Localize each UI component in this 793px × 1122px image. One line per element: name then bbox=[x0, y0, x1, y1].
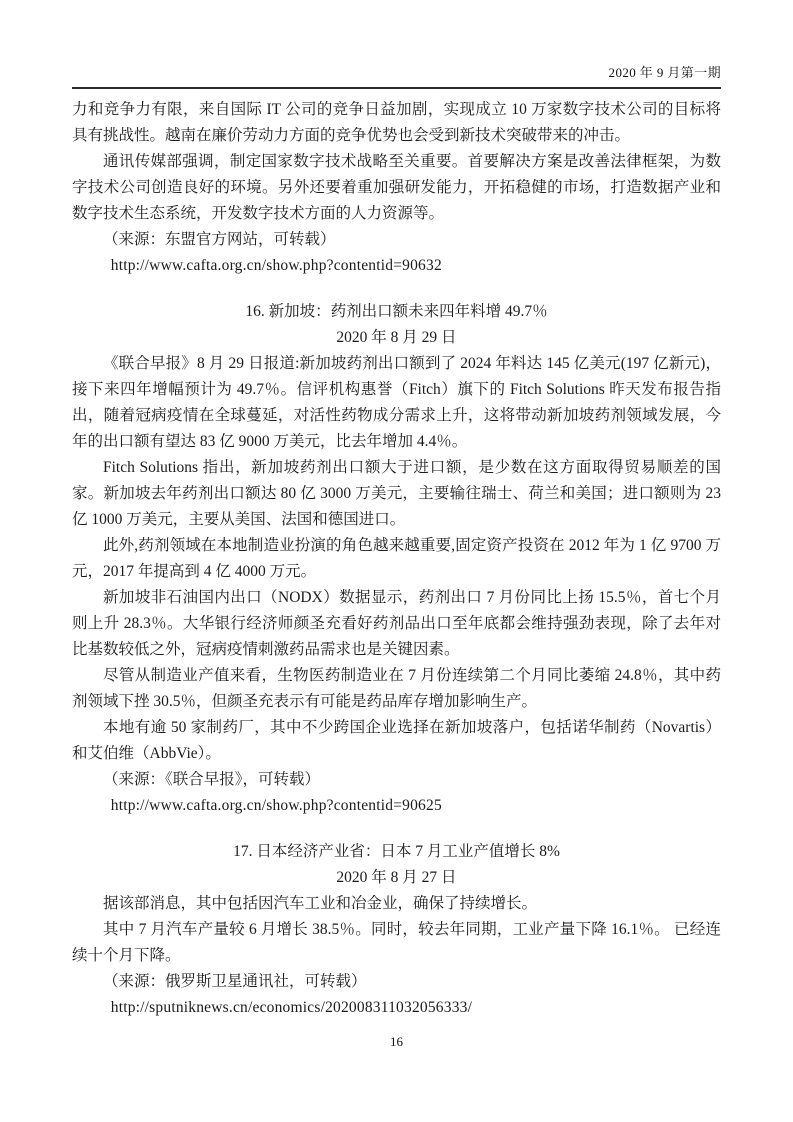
paragraph: 通讯传媒部强调，制定国家数字技术战略至关重要。首要解决方案是改善法律框架，为数字… bbox=[72, 149, 721, 227]
issue-label: 2020 年 9 月第一期 bbox=[72, 64, 721, 81]
article-url: http://www.cafta.org.cn/show.php?content… bbox=[72, 793, 721, 819]
article-url: http://www.cafta.org.cn/show.php?content… bbox=[72, 253, 721, 279]
article-16-date: 2020 年 8 月 29 日 bbox=[72, 325, 721, 351]
page-content: 2020 年 9 月第一期 力和竞争力有限，来自国际 IT 公司的竞争日益加剧，… bbox=[0, 0, 793, 1021]
paragraph: 尽管从制造业产值来看，生物医药制造业在 7 月份连续第二个月同比萎缩 24.8％… bbox=[72, 663, 721, 715]
paragraph: 力和竞争力有限，来自国际 IT 公司的竞争日益加剧，实现成立 10 万家数字技术… bbox=[72, 97, 721, 149]
paragraph: 新加坡非石油国内出口（NODX）数据显示，药剂出口 7 月份同比上扬 15.5％… bbox=[72, 585, 721, 663]
paragraph: Fitch Solutions 指出，新加坡药剂出口额大于进口额，是少数在这方面… bbox=[72, 455, 721, 533]
header-divider bbox=[72, 87, 721, 89]
document-page: 2020 年 9 月第一期 力和竞争力有限，来自国际 IT 公司的竞争日益加剧，… bbox=[0, 0, 793, 1122]
paragraph: 此外,药剂领域在本地制造业扮演的角色越来越重要,固定资产投资在 2012 年为 … bbox=[72, 533, 721, 585]
article-16-title: 16. 新加坡：药剂出口额未来四年料增 49.7％ bbox=[72, 299, 721, 325]
source-line: （来源：《联合早报》，可转载） bbox=[72, 767, 721, 793]
article-17-title: 17. 日本经济产业省：日本 7 月工业产值增长 8% bbox=[72, 839, 721, 865]
paragraph: 据该部消息，其中包括因汽车工业和冶金业，确保了持续增长。 bbox=[72, 891, 721, 917]
source-line: （来源：东盟官方网站，可转载） bbox=[72, 227, 721, 253]
paragraph: 本地有逾 50 家制药厂，其中不少跨国企业选择在新加坡落户，包括诺华制药（Nov… bbox=[72, 715, 721, 767]
page-number: 16 bbox=[0, 1034, 793, 1050]
article-url: http://sputniknews.cn/economics/20200831… bbox=[72, 995, 721, 1021]
paragraph: 其中 7 月汽车产量较 6 月增长 38.5％。同时，较去年同期，工业产量下降 … bbox=[72, 917, 721, 969]
body-text: 力和竞争力有限，来自国际 IT 公司的竞争日益加剧，实现成立 10 万家数字技术… bbox=[72, 97, 721, 1021]
source-line: （来源：俄罗斯卫星通讯社，可转载） bbox=[72, 969, 721, 995]
article-17-date: 2020 年 8 月 27 日 bbox=[72, 865, 721, 891]
paragraph: 《联合早报》8 月 29 日报道:新加坡药剂出口额到了 2024 年料达 145… bbox=[72, 351, 721, 455]
